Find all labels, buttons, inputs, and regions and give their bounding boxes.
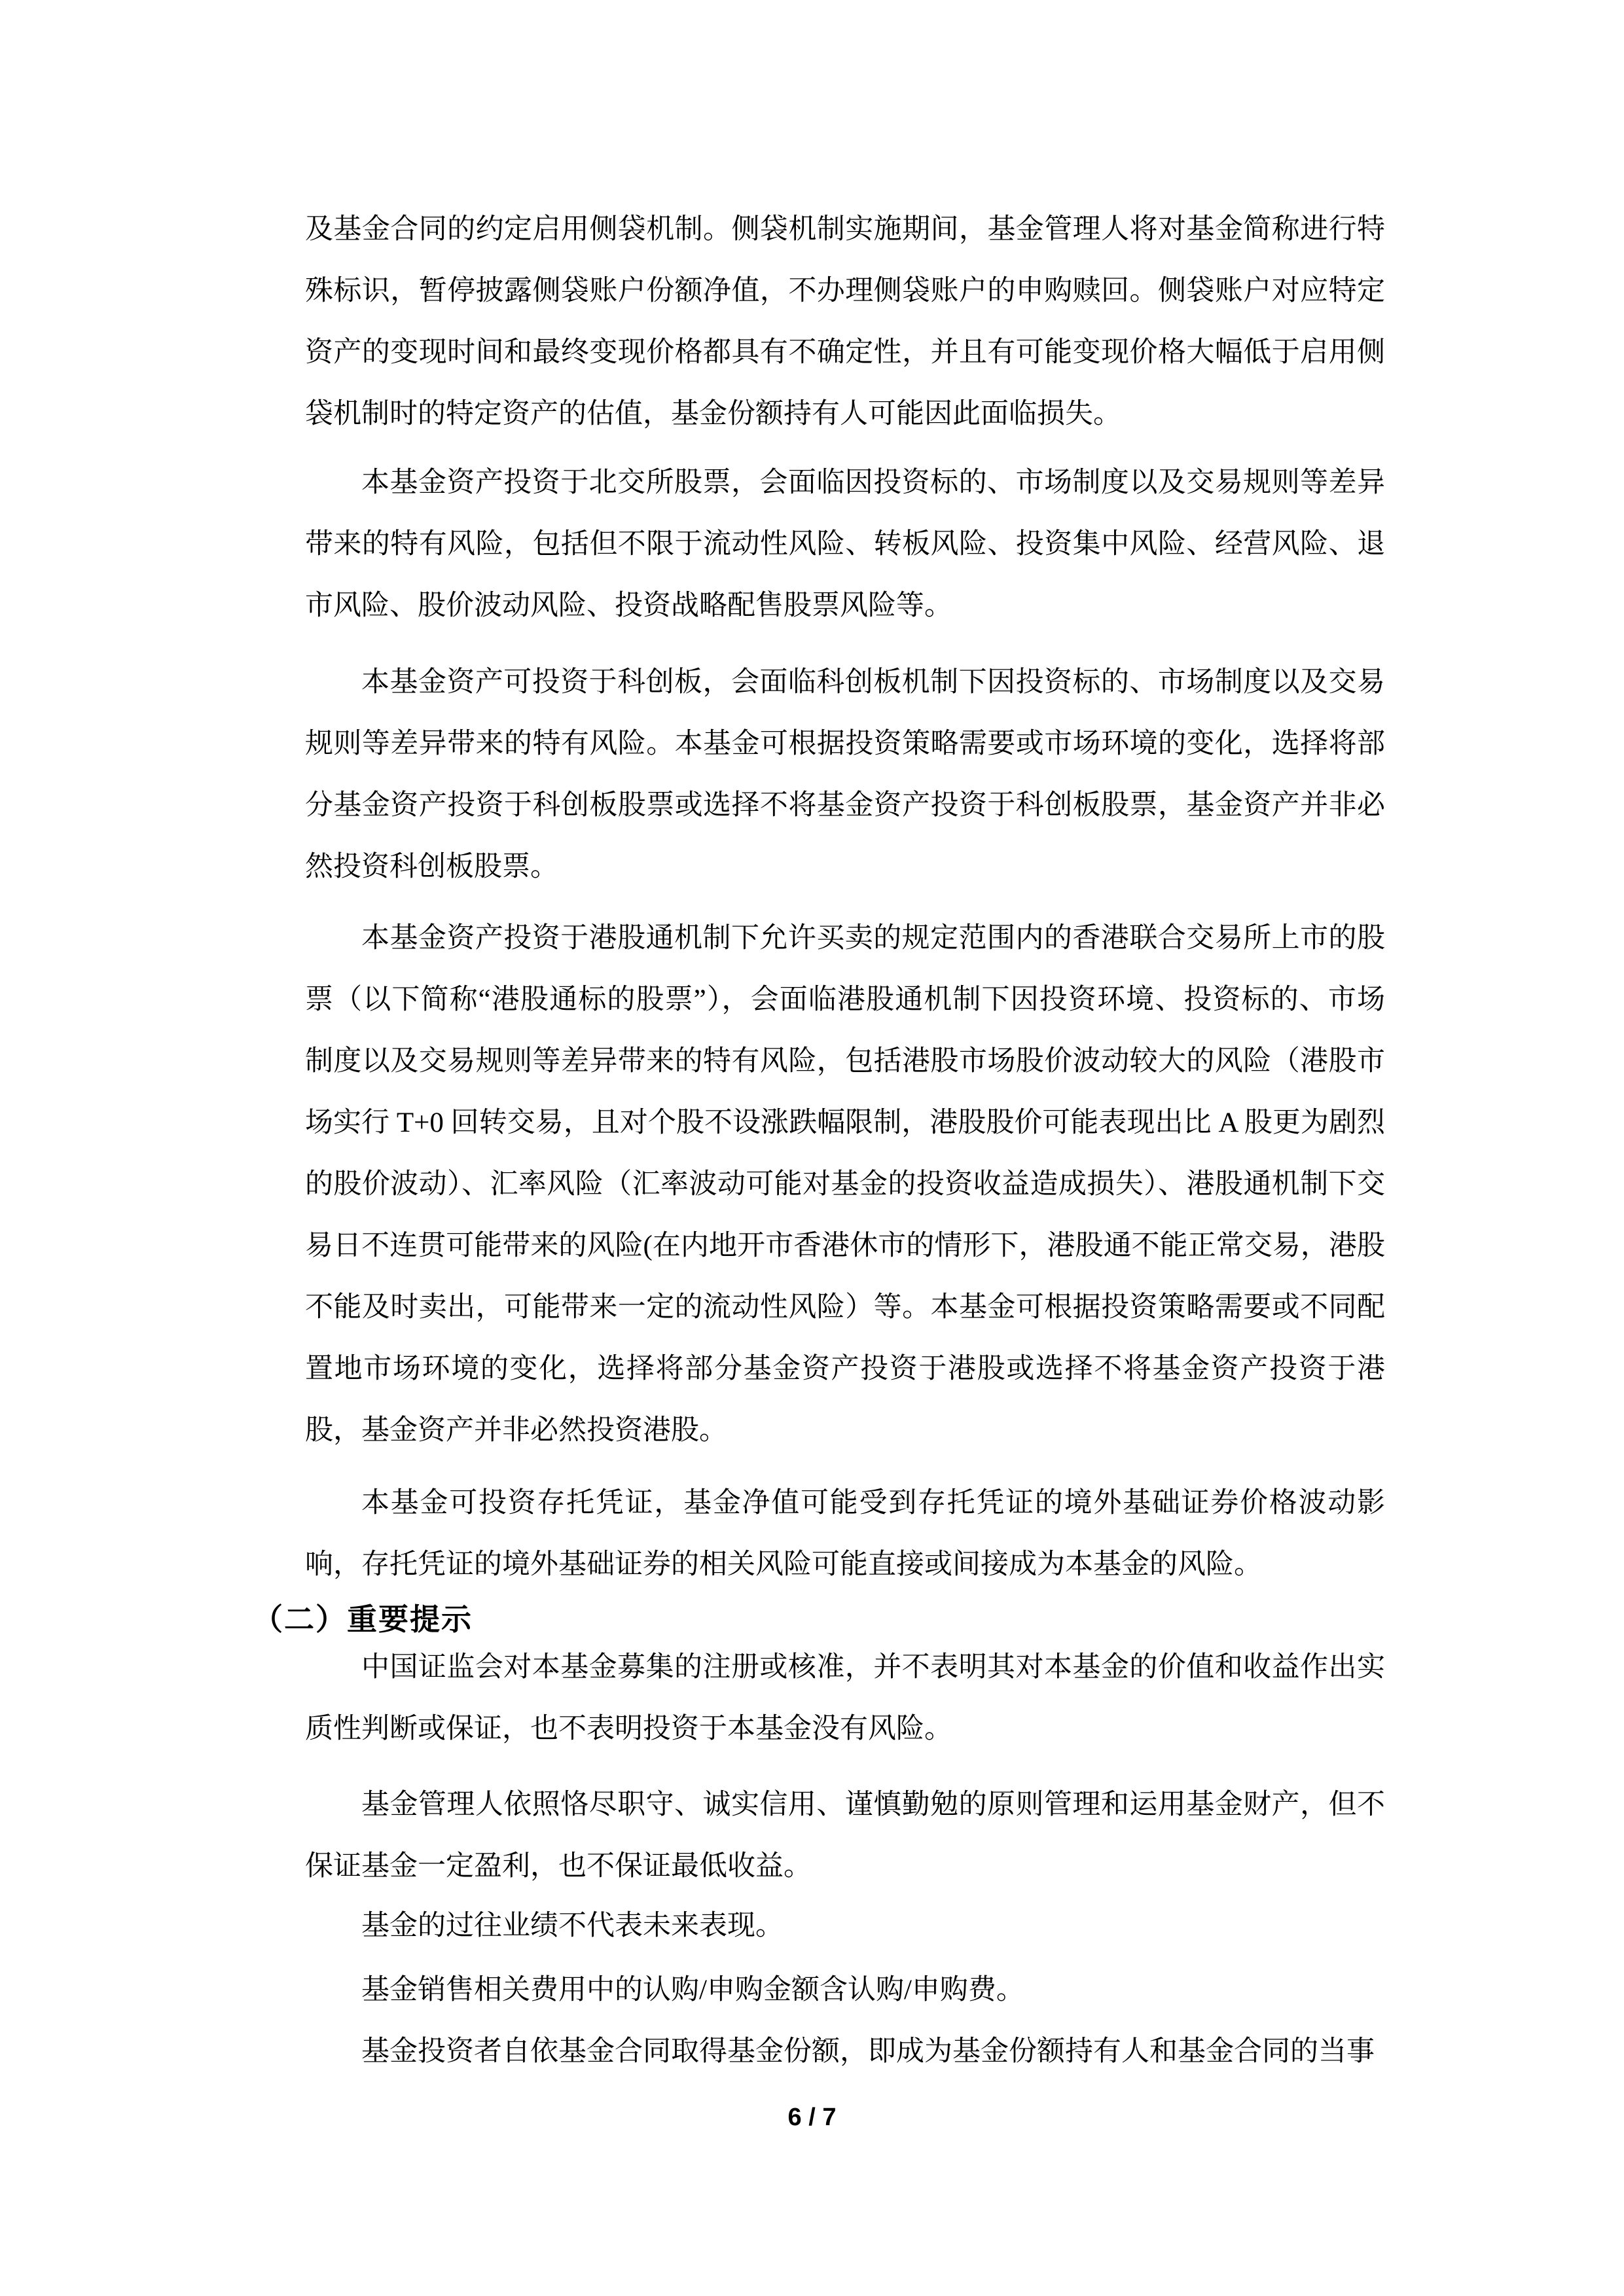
paragraph: 本基金可投资存托凭证，基金净值可能受到存托凭证的境外基础证券价格波动影响，存托凭… [305,1473,1385,1596]
paragraph: 基金的过往业绩不代表未来表现。 [305,1895,1385,1957]
page-number: 6 / 7 [0,2102,1624,2133]
paragraph: 及基金合同的约定启用侧袋机制。侧袋机制实施期间，基金管理人将对基金简称进行特殊标… [305,199,1385,445]
paragraph: 中国证监会对本基金募集的注册或核准，并不表明其对本基金的价值和收益作出实质性判断… [305,1637,1385,1760]
paragraph: 基金投资者自依基金合同取得基金份额，即成为基金份额持有人和基金合同的当事 [305,2021,1385,2083]
paragraph: 本基金资产投资于北交所股票，会面临因投资标的、市场制度以及交易规则等差异带来的特… [305,452,1385,637]
paragraph: 基金管理人依照恪尽职守、诚实信用、谨慎勤勉的原则管理和运用基金财产，但不保证基金… [305,1774,1385,1897]
paragraph: 本基金资产投资于港股通机制下允许买卖的规定范围内的香港联合交易所上市的股票（以下… [305,908,1385,1462]
paragraph: 基金销售相关费用中的认购/申购金额含认购/申购费。 [305,1960,1385,2021]
section-heading: （二）重要提示 [253,1601,1385,1638]
paragraph: 本基金资产可投资于科创板，会面临科创板机制下因投资标的、市场制度以及交易规则等差… [305,652,1385,898]
document-page: 及基金合同的约定启用侧袋机制。侧袋机制实施期间，基金管理人将对基金简称进行特殊标… [0,0,1624,2296]
